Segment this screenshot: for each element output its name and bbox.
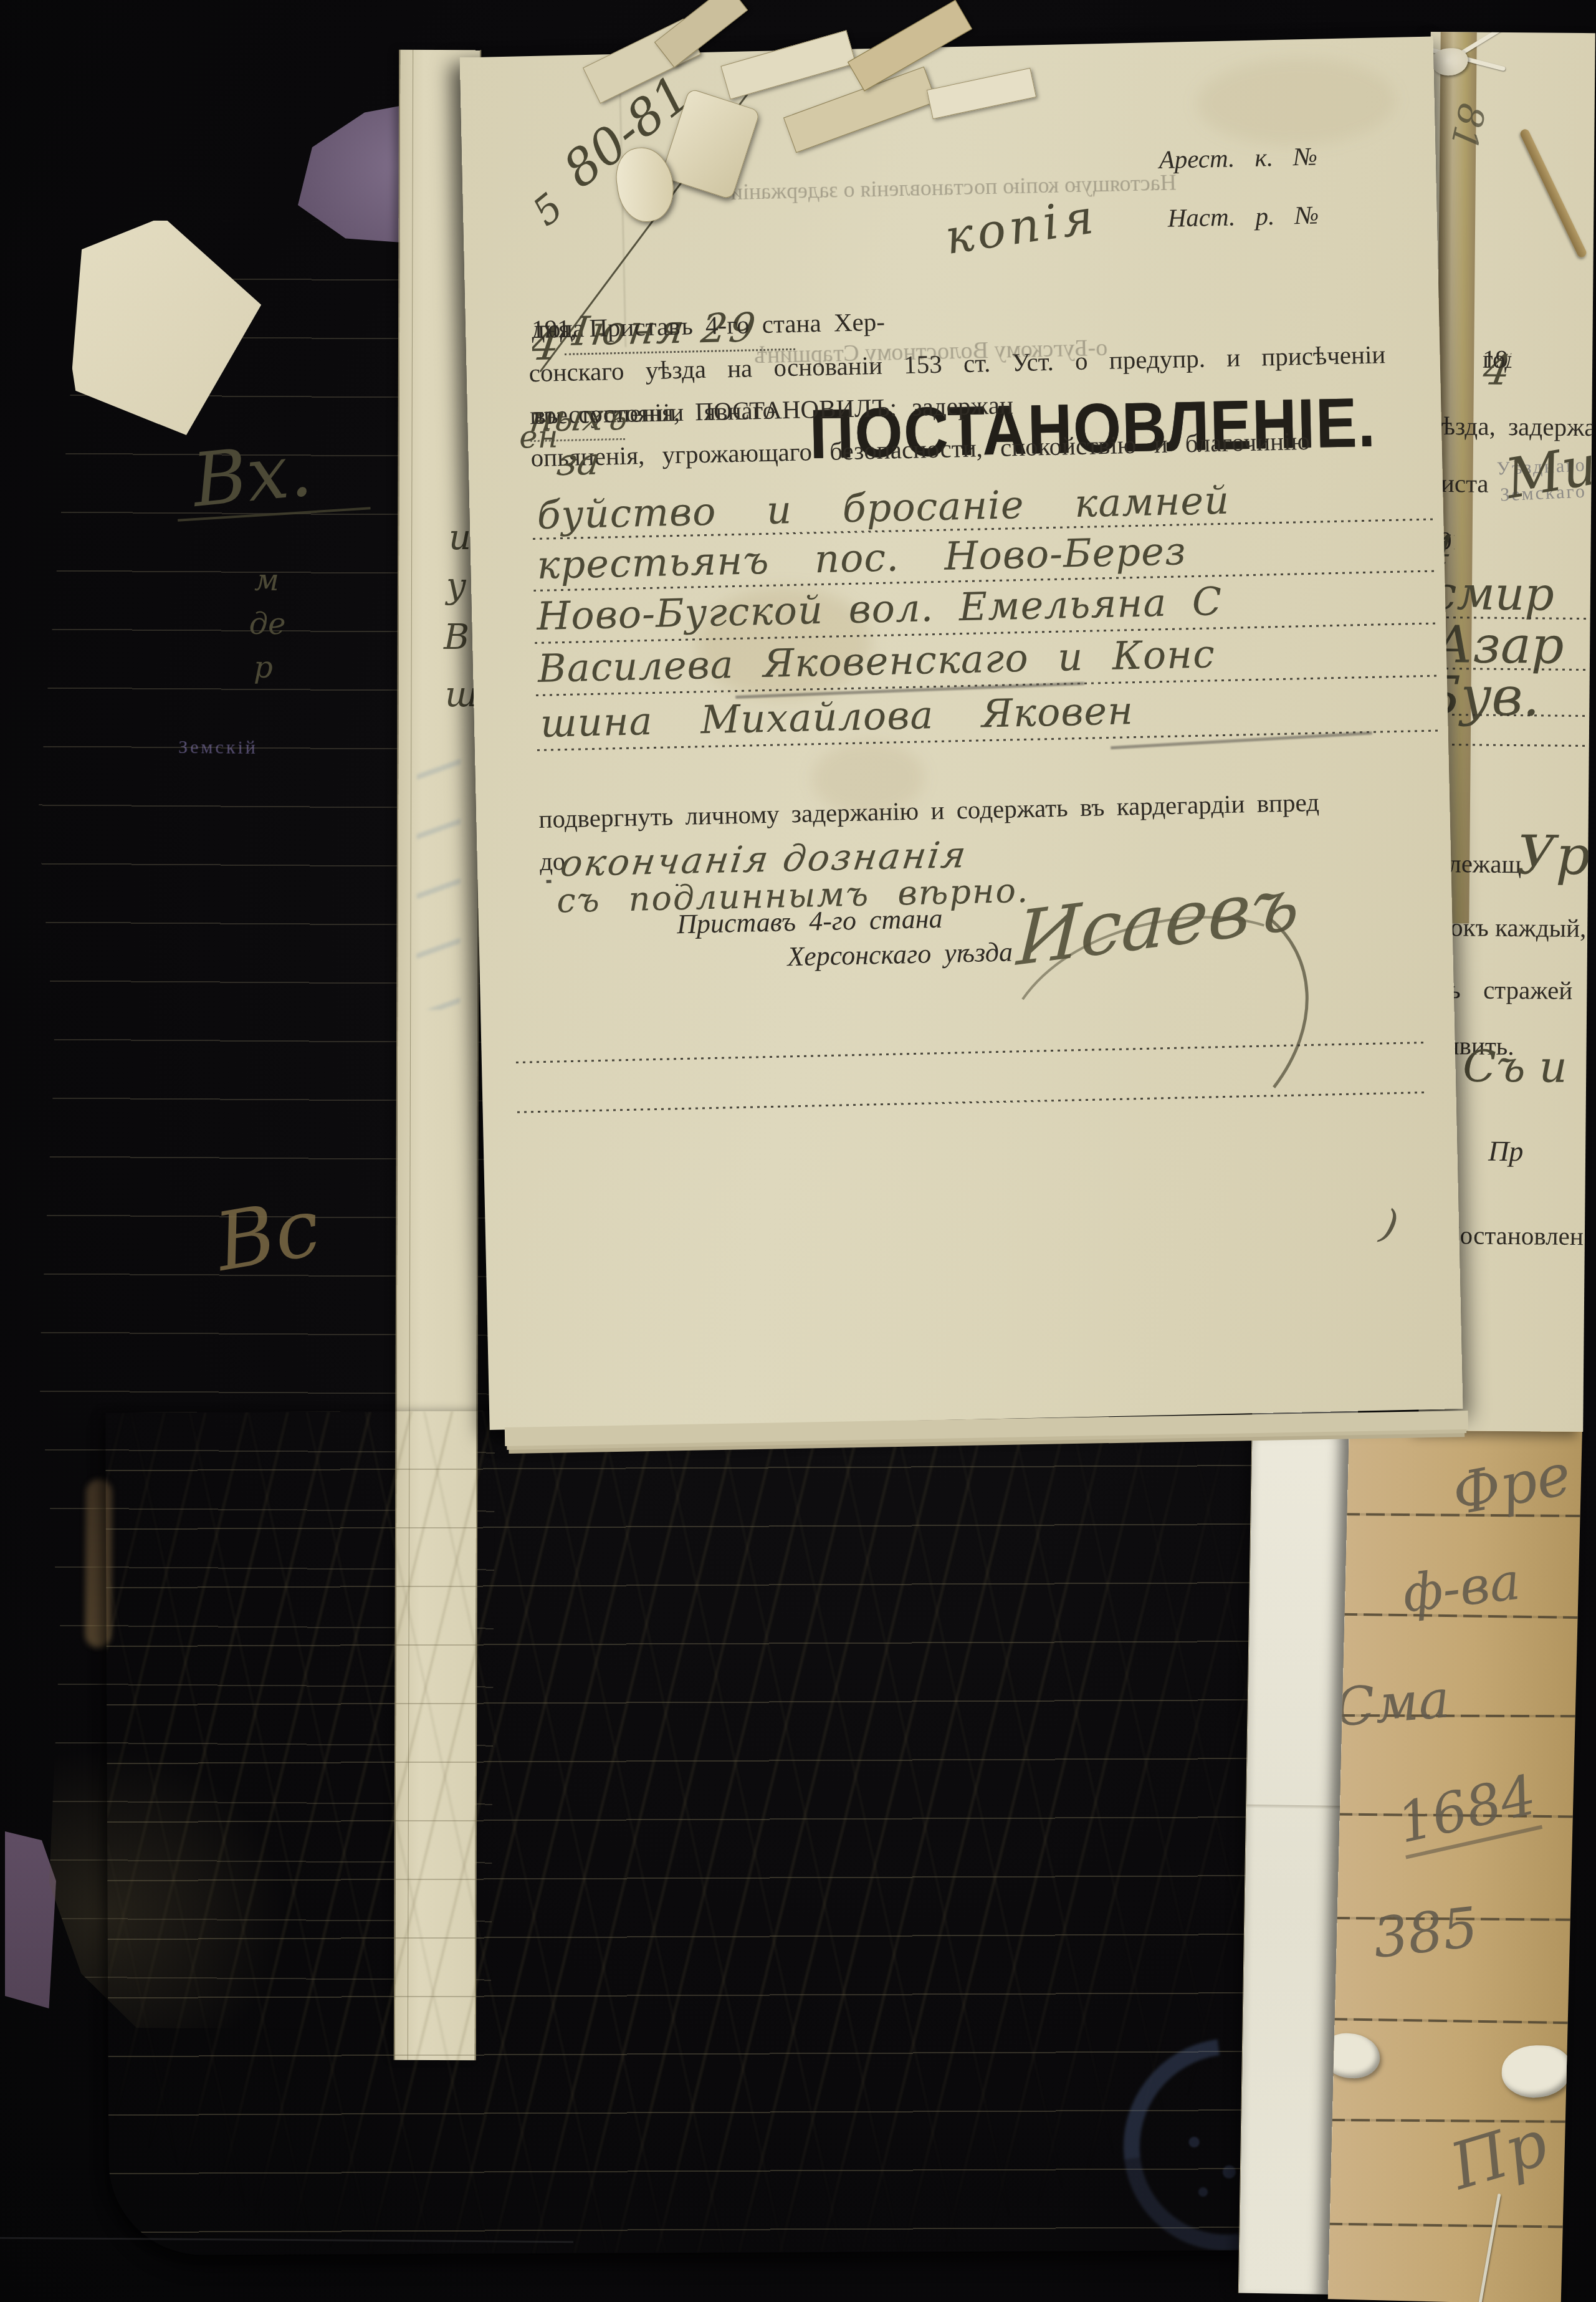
form-fragment: Пр — [1488, 1134, 1524, 1168]
form-year-line: 191 4 год — [1483, 344, 1512, 392]
pencil-number: 385 — [1370, 1895, 1481, 1971]
cursive-fragment: В — [444, 617, 469, 658]
folio-small-number: 5 — [523, 184, 571, 234]
cursive-fragment: Съ и — [1463, 1040, 1567, 1092]
signer-role-line2: Херсонскаго уѣзда — [787, 936, 1013, 972]
crumpled-paper-roll — [661, 88, 760, 200]
cursive-fragment: смир — [1431, 567, 1555, 621]
torn-paper-fragment — [720, 30, 856, 100]
folded-paper-corner — [55, 216, 262, 436]
registry-label: Наст. р. № — [1167, 199, 1319, 233]
ruled-line — [1328, 2223, 1582, 2228]
folio-mark: 81 — [1442, 100, 1493, 154]
paper-stain — [1195, 56, 1397, 148]
cursive-fragment: Ур — [1517, 824, 1590, 887]
cursive-fragment: и — [449, 517, 471, 558]
cursive-fragment: м — [254, 563, 279, 598]
ruled-line — [1328, 2119, 1582, 2123]
handwritten-za: за — [554, 440, 603, 485]
cursive-ve-mark: Вс — [209, 1181, 327, 1290]
pencil-fragment: ф-ва — [1400, 1552, 1523, 1624]
ruled-line — [1329, 2018, 1583, 2025]
cursive-fragment: у — [446, 566, 466, 607]
form-fragment: Постановлен — [1441, 1220, 1584, 1251]
pen-mark: ) — [1377, 1201, 1402, 1250]
torn-hole — [1501, 2045, 1572, 2099]
cursive-margin-fragment: ен — [518, 418, 558, 455]
violet-stamp-fragment: Земскій — [178, 737, 258, 759]
fold-crease — [1246, 1805, 1352, 1810]
handwritten-line-underlined: шина Михайлова Яковен — [540, 688, 1134, 746]
incoming-mark: Вх. — [189, 426, 315, 524]
diagonal-paper-fold — [1519, 128, 1588, 259]
faint-blue-bleed — [416, 748, 461, 1010]
ink-bleed-through — [105, 1408, 1291, 2255]
bottom-ruled-page — [105, 1408, 1291, 2255]
printed-text: въ состояніи явнаго — [533, 395, 776, 430]
form-line-5: подвергнуть личному задержанію и содержа… — [538, 784, 1450, 834]
signer-role-line1: Приставъ 4-го стана — [677, 903, 943, 940]
signature-flourish — [1001, 878, 1418, 1111]
torn-paper-fragment — [654, 0, 748, 68]
cursive-fragment: де — [249, 607, 285, 641]
archival-document-photo: Вх. м де р Земскій Вс и у В ш — [0, 0, 1596, 2302]
cursive-fragment: р — [254, 650, 273, 685]
purple-cover-edge — [5, 1831, 56, 2008]
tan-ledger-strip: Фре ф-ва Сма 1684 385 Пр — [1328, 1417, 1582, 2302]
torn-paper-fragment — [927, 68, 1036, 119]
arrest-book-label: Арест. к. № — [1159, 141, 1317, 175]
torn-paper-cluster — [580, 4, 1053, 272]
printed-text: Постановленіе это мнѣ объявлено — [543, 987, 940, 996]
pencil-fragment: Сма — [1333, 1668, 1452, 1738]
pencil-number: 1684 — [1392, 1762, 1542, 1859]
torn-hole — [1328, 2033, 1380, 2079]
printed-god: год — [1483, 344, 1511, 374]
